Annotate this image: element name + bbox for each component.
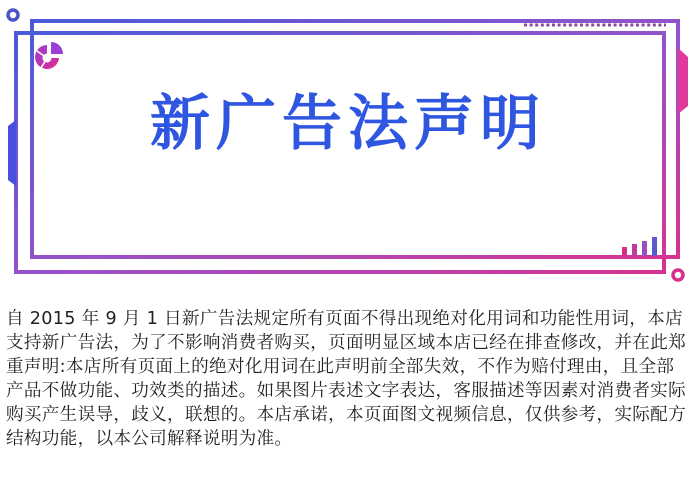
- announcement-banner: 新广告法声明: [0, 0, 696, 290]
- pie-chart-icon: [35, 42, 63, 69]
- ad-law-disclaimer-text: 自 2015 年 9 月 1 日新广告法规定所有页面不得出现绝对化用词和功能性用…: [6, 307, 692, 451]
- bar-chart-icon: [622, 237, 657, 256]
- ring-icon: [673, 270, 683, 280]
- ring-icon: [8, 10, 18, 20]
- page-title: 新广告法声明: [0, 88, 696, 160]
